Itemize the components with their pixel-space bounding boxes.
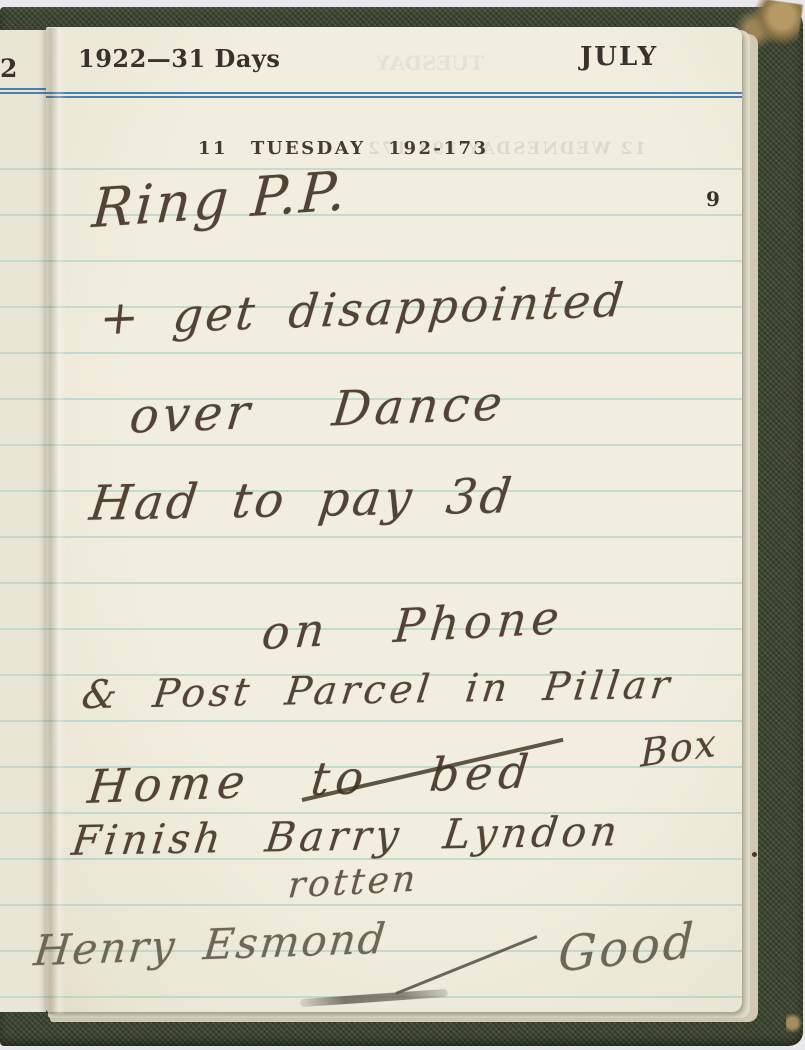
entry-good: Good <box>557 912 697 983</box>
entry-rotten: rotten <box>286 858 420 906</box>
pencil-smudge <box>300 989 448 1007</box>
handwritten-entries: Ring P.P. + get disappointed over Dance … <box>0 0 805 1050</box>
entry-post-parcel: & Post Parcel in Pillar <box>79 663 676 718</box>
entry-ring-pp: Ring P.P. <box>90 159 350 240</box>
entry-over-dance: over Dance <box>127 375 509 444</box>
pencil-stroke <box>395 935 537 995</box>
entry-on-phone: on Phone <box>260 590 566 660</box>
entry-home-to-bed: Home to bed <box>85 744 537 814</box>
ink-dot <box>752 852 757 857</box>
entry-box: Box <box>640 720 717 775</box>
diary-photo: 2 1922—31 Days JULY TUESDAY 12 WEDNESDAY… <box>0 0 805 1050</box>
entry-pay-3d: Had to pay 3d <box>87 468 518 532</box>
entry-disappointed: + get disappointed <box>97 273 629 346</box>
entry-henry-esmond: Henry Esmond <box>32 914 390 976</box>
entry-barry-lyndon: Finish Barry Lyndon <box>69 807 624 865</box>
